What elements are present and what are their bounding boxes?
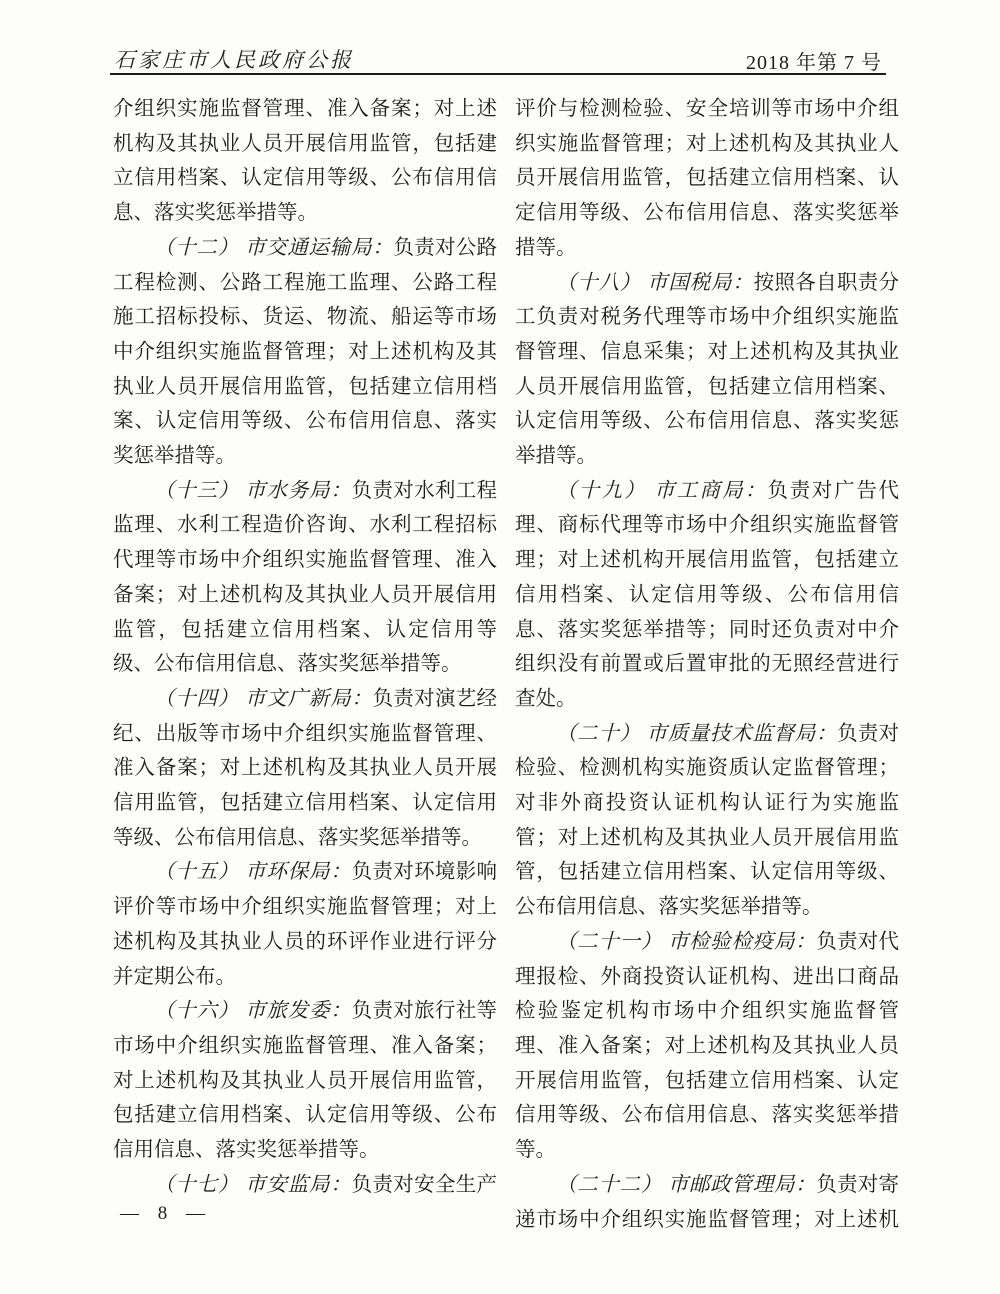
body-text: 负责对检验、检测机构实施资质认定监督管理；对非外商投资认证机构认证行为实施监管；… — [515, 723, 899, 919]
column-left: 介组织实施监督管理、准入备案；对上述机构及其执业人员开展信用监管，包括建立信用档… — [113, 92, 497, 1237]
paragraph: （十八） 市国税局：按照各自职责分工负责对税务代理等市场中介组织实施监督管理、信… — [515, 266, 899, 474]
gazette-page: 石家庄市人民政府公报 2018 年第 7 号 介组织实施监督管理、准入备案；对上… — [0, 0, 1000, 1294]
paragraph: 介组织实施监督管理、准入备案；对上述机构及其执业人员开展信用监管，包括建立信用档… — [113, 92, 497, 231]
section-heading: （十二） 市交通运输局： — [154, 237, 394, 259]
section-heading: （十六） 市旅发委： — [154, 1000, 352, 1022]
paragraph: （二十一） 市检验检疫局：负责对代理报检、外商投资认证机构、进出口商品检验鉴定机… — [515, 925, 899, 1168]
body-text: 负责对广告代理、商标代理等市场中介组织实施监督管理；对上述机构开展信用监管，包括… — [515, 480, 899, 710]
section-heading: （十七） 市安监局： — [154, 1174, 352, 1196]
paragraph: （十九） 市工商局：负责对广告代理、商标代理等市场中介组织实施监督管理；对上述机… — [515, 474, 899, 717]
body-text: 负责对水利工程监理、水利工程造价咨询、水利工程招标代理等市场中介组织实施监督管理… — [113, 480, 497, 676]
body-text: 负责对演艺经纪、出版等市场中介组织实施监督管理、准入备案；对上述机构及其执业人员… — [113, 688, 497, 849]
body-text: 评价与检测检验、安全培训等市场中介组织实施监督管理；对上述机构及其执业人员开展信… — [515, 98, 899, 259]
paragraph: （十七） 市安监局：负责对安全生产 — [113, 1168, 497, 1203]
paragraph: 评价与检测检验、安全培训等市场中介组织实施监督管理；对上述机构及其执业人员开展信… — [515, 92, 899, 266]
page-number: — 8 — — [120, 1203, 210, 1225]
body-text: 负责对代理报检、外商投资认证机构、进出口商品检验鉴定机构市场中介组织实施监督管理… — [515, 931, 899, 1161]
paragraph: （十三） 市水务局：负责对水利工程监理、水利工程造价咨询、水利工程招标代理等市场… — [113, 474, 497, 682]
section-heading: （十八） 市国税局： — [556, 272, 754, 294]
body-text: 按照各自职责分工负责对税务代理等市场中介组织实施监督管理、信息采集；对上述机构及… — [515, 272, 899, 468]
body-text: 负责对旅行社等市场中介组织实施监督管理、准入备案；对上述机构及其执业人员开展信用… — [113, 1000, 497, 1161]
section-heading: （二十一） 市检验检疫局： — [556, 931, 816, 953]
section-heading: （十三） 市水务局： — [154, 480, 352, 502]
issue-label: 2018 年第 7 号 — [746, 46, 882, 75]
gazette-title: 石家庄市人民政府公报 — [114, 44, 354, 74]
body-text: 负责对公路工程检测、公路工程施工监理、公路工程施工招标投标、货运、物流、船运等市… — [113, 237, 497, 467]
body-text: 介组织实施监督管理、准入备案；对上述机构及其执业人员开展信用监管，包括建立信用档… — [113, 98, 497, 224]
paragraph: （二十） 市质量技术监督局：负责对检验、检测机构实施资质认定监督管理；对非外商投… — [515, 717, 899, 925]
section-heading: （十四） 市文广新局： — [154, 688, 373, 710]
section-heading: （二十二） 市邮政管理局： — [556, 1174, 816, 1196]
body-text: 负责对安全生产 — [352, 1174, 497, 1196]
paragraph: （十二） 市交通运输局：负责对公路工程检测、公路工程施工监理、公路工程施工招标投… — [113, 231, 497, 474]
header-divider-rule — [110, 73, 886, 75]
paragraph: （十六） 市旅发委：负责对旅行社等市场中介组织实施监督管理、准入备案；对上述机构… — [113, 994, 497, 1168]
section-heading: （十五） 市环保局： — [154, 861, 352, 883]
paragraph: （二十二） 市邮政管理局：负责对寄递市场中介组织实施监督管理；对上述机 — [515, 1168, 899, 1237]
column-right: 评价与检测检验、安全培训等市场中介组织实施监督管理；对上述机构及其执业人员开展信… — [515, 92, 899, 1237]
paragraph: （十五） 市环保局：负责对环境影响评价等市场中介组织实施监督管理；对上述机构及其… — [113, 855, 497, 994]
paragraph: （十四） 市文广新局：负责对演艺经纪、出版等市场中介组织实施监督管理、准入备案；… — [113, 682, 497, 856]
text-columns: 介组织实施监督管理、准入备案；对上述机构及其执业人员开展信用监管，包括建立信用档… — [113, 92, 899, 1237]
section-heading: （二十） 市质量技术监督局： — [556, 723, 837, 745]
section-heading: （十九） 市工商局： — [556, 480, 768, 502]
